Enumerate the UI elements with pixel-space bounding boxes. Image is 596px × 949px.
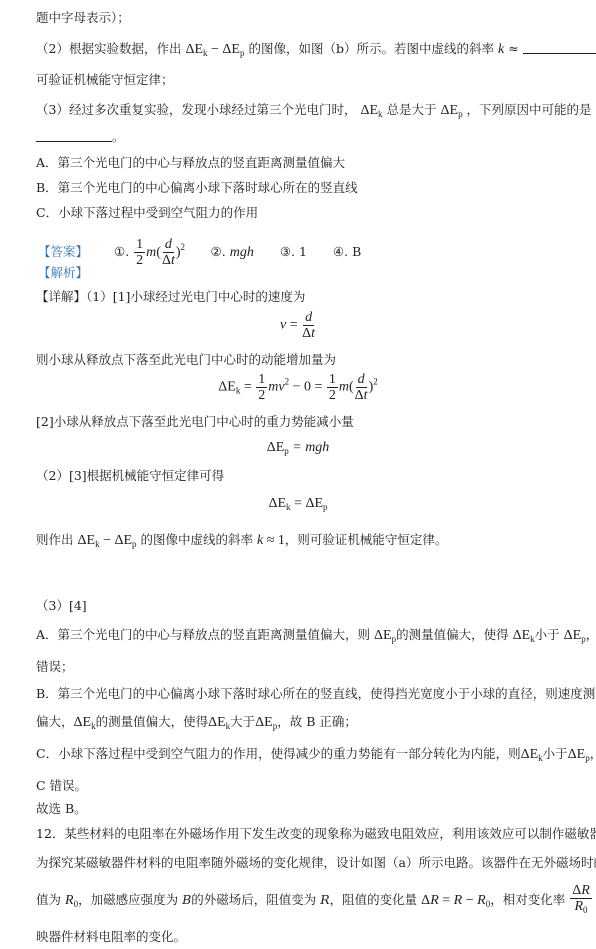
text: 小于 (535, 627, 560, 642)
text: = mgh (292, 440, 329, 455)
delta-ek-minus-delta-ep: ΔEk − ΔEp (185, 42, 244, 57)
delta-ep: ΔEp (564, 628, 586, 643)
detail-p5: 则作出 ΔEk − ΔEp 的图像中虚线的斜率 k ≈ 1，则可验证机械能守恒定… (36, 532, 447, 552)
answer-2-prefix: ②. (211, 244, 226, 259)
equation-velocity: v = dΔt (0, 310, 596, 341)
detail-p4: （2）[3]根据机械能守恒定律可得 (36, 468, 224, 484)
delta-ep: ΔEp (441, 103, 463, 118)
analysis-a: A．第三个光电门的中心与释放点的竖直距离测量值偏大，则 ΔEp的测量值偏大，使得… (36, 627, 596, 647)
text: 可验证机械能守恒定律； (36, 72, 174, 87)
option-c: C．小球下落过程中受到空气阻力的作用 (36, 205, 258, 221)
text: B．第三个光电门的中心偏离小球下落时球心所在的竖直线，使得挡光宽度小于小球的直径… (36, 686, 596, 701)
text: ，则可验证机械能守恒定律。 (285, 532, 448, 547)
answer-line: 【答案】 ①. 12m(dΔt)2 ②. mgh ③. 1 ④. B (38, 232, 361, 268)
text: ，相对变化率 (490, 892, 565, 907)
q12-line-2: 为探究某磁敏器件材料的电阻率随外磁场的变化规律，设计如图（a）所示电路。该器件在… (36, 855, 596, 871)
b-symbol: B (182, 892, 191, 907)
delta-ek: ΔEk (74, 715, 96, 730)
detail-p6: （3）[4] (36, 598, 87, 614)
equation-potential-energy: ΔEp = mgh (0, 440, 596, 456)
analysis-c: C．小球下落过程中受到空气阻力的作用，使得减少的重力势能有一部分转化为内能，则Δ… (36, 746, 596, 766)
r0: R0 (65, 893, 78, 908)
text: ，下列原因中可能的是 (467, 102, 592, 117)
delta-ek: ΔEk (360, 103, 382, 118)
delta-ep: ΔEp (374, 628, 396, 643)
text: 映器件材料电阻率的变化。 (36, 929, 186, 944)
text: C．小球下落过程中受到空气阻力的作用，使得减少的重力势能有一部分转化为内能，则 (36, 746, 521, 761)
answer-2-value: mgh (230, 245, 254, 260)
text: 的外磁场后，阻值变为 (191, 892, 316, 907)
text: 。 (112, 129, 125, 144)
text: A．第三个光电门的中心与释放点的竖直距离测量值偏大 (36, 155, 345, 170)
analysis-c-line2: C 错误。 (36, 778, 87, 794)
text: （1）[1]小球经过光电门中心时的速度为 (86, 289, 305, 304)
text: （3）[4] (36, 598, 87, 613)
text: 题中字母表示）； (36, 10, 130, 25)
analysis-b: B．第三个光电门的中心偏离小球下落时球心所在的竖直线，使得挡光宽度小于小球的直径… (36, 686, 596, 702)
text: C．小球下落过程中受到空气阻力的作用 (36, 205, 258, 220)
q11-line-1: 题中字母表示）； (36, 10, 130, 26)
text: ，故 (590, 746, 596, 761)
delta-ep: ΔEp (568, 747, 590, 762)
q11-part3-blank-line: 。 (36, 129, 125, 145)
q11-part3: （3）经过多次重复实验，发现小球经过第三个光电门时， ΔEk 总是大于 ΔEp … (36, 102, 592, 122)
text: ，故 A (586, 627, 596, 642)
analysis-a-line2: 错误； (36, 659, 74, 675)
option-b: B．第三个光电门的中心偏离小球下落时球心所在的竖直线 (36, 180, 358, 196)
delta-ep: ΔEp (255, 715, 277, 730)
q11-part2: （2）根据实验数据，作出 ΔEk − ΔEp 的图像，如图（b）所示。若图中虚线… (36, 41, 596, 61)
text: 的测量值偏大，使得 (96, 714, 209, 729)
answer-1-prefix: ①. (114, 244, 129, 259)
answer-1-formula: 12m(dΔt)2 (133, 245, 188, 260)
text: 【解析】 (38, 265, 88, 280)
text: 总是大于 (387, 102, 437, 117)
text: [2]小球从释放点下落至此光电门中心时的重力势能减小量 (36, 414, 354, 429)
text: B．第三个光电门的中心偏离小球下落时球心所在的竖直线 (36, 180, 358, 195)
option-a: A．第三个光电门的中心与释放点的竖直距离测量值偏大 (36, 155, 345, 171)
slope-approx: k ≈ 1 (257, 533, 285, 548)
answer-4: ④. B (333, 244, 361, 259)
delta-r-equation: ΔR = R − R0 (421, 893, 490, 908)
analysis-tag: 【解析】 (38, 265, 88, 281)
q11-part2-line2: 可验证机械能守恒定律； (36, 72, 174, 88)
text: 值为 (36, 892, 61, 907)
q12-line-1: 12．某些材料的电阻率在外磁场作用下发生改变的现象称为磁致电阻效应，利用该效应可… (36, 826, 596, 842)
text: （2）[3]根据机械能守恒定律可得 (36, 468, 224, 483)
delta-ek-minus-delta-ep: ΔEk − ΔEp (78, 533, 137, 548)
delta-ek: ΔEk (208, 715, 230, 730)
text: 小于 (543, 746, 568, 761)
delta-ek: ΔEk (521, 747, 543, 762)
text: （2）根据实验数据，作出 (36, 41, 181, 56)
text: （3）经过多次重复实验，发现小球经过第三个光电门时， (36, 102, 356, 117)
detail-p3: [2]小球从释放点下落至此光电门中心时的重力势能减小量 (36, 414, 354, 430)
text: 偏大， (36, 714, 74, 729)
slope-k: k (498, 42, 504, 57)
text: ，加磁感应强度为 (78, 892, 178, 907)
text: A．第三个光电门的中心与释放点的竖直距离测量值偏大，则 (36, 627, 370, 642)
text: 则作出 (36, 532, 74, 547)
detail-p1: 【详解】（1）[1]小球经过光电门中心时的速度为 (36, 289, 305, 305)
text: 12．某些材料的电阻率在外磁场作用下发生改变的现象称为磁致电阻效应，利用该效应可… (36, 826, 596, 841)
text: ，故 B 正确； (277, 714, 357, 729)
answer-blank-2[interactable] (36, 129, 112, 142)
answer-blank-1[interactable] (523, 41, 596, 54)
text: 故选 B。 (36, 801, 87, 816)
equation-kinetic-energy: ΔEk = 12mv2 − 0 = 12m(dΔt)2 (0, 372, 596, 403)
text: 的图像，如图（b）所示。若图中虚线的斜率 (248, 41, 494, 56)
equation-energy-conservation: ΔEk = ΔEp (0, 496, 596, 512)
text: 大于 (230, 714, 255, 729)
text: 则小球从释放点下落至此光电门中心时的动能增加量为 (36, 352, 336, 367)
text: 错误； (36, 659, 74, 674)
text: 的测量值偏大，使得 (396, 627, 509, 642)
analysis-b-line2: 偏大，ΔEk的测量值偏大，使得ΔEk大于ΔEp，故 B 正确； (36, 714, 357, 734)
text: 为探究某磁敏器件材料的电阻率随外磁场的变化规律，设计如图（a）所示电路。该器件在… (36, 855, 596, 870)
conclusion: 故选 B。 (36, 801, 87, 817)
relative-change-fraction: ΔRR0 (569, 893, 593, 908)
q12-line-3: 值为 R0，加磁感应强度为 B的外磁场后，阻值变为 R，阻值的变化量 ΔR = … (36, 882, 596, 922)
detail-p2: 则小球从释放点下落至此光电门中心时的动能增加量为 (36, 352, 336, 368)
answer-3: ③. 1 (280, 244, 307, 259)
detail-tag: 【详解】 (36, 289, 86, 304)
text: ，阻值的变化量 (330, 892, 418, 907)
q12-line-4: 映器件材料电阻率的变化。 (36, 929, 186, 945)
text: 的图像中虚线的斜率 (141, 532, 254, 547)
answer-tag: 【答案】 (38, 244, 88, 259)
r-symbol: R (320, 892, 329, 907)
delta-ek: ΔEk (513, 628, 535, 643)
text: C 错误。 (36, 778, 87, 793)
